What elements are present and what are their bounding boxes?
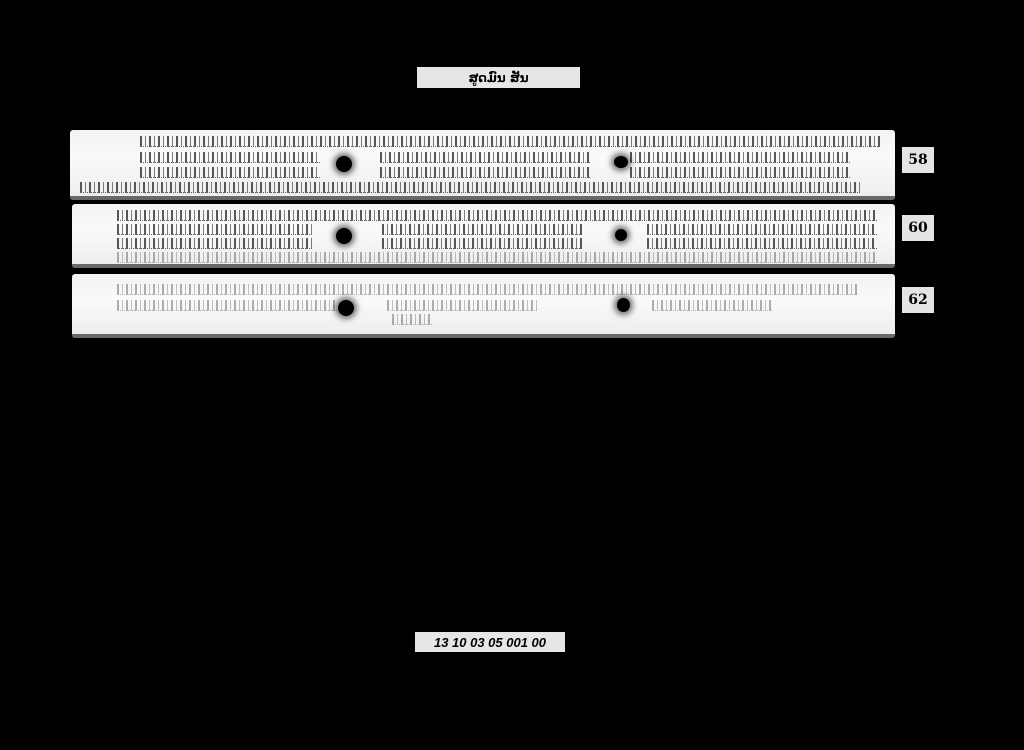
string-hole <box>336 228 352 244</box>
script-line <box>652 300 772 311</box>
script-line <box>117 210 877 221</box>
script-line <box>380 167 590 178</box>
document-id-label: 13 10 03 05 001 00 <box>415 632 565 652</box>
script-line <box>140 152 320 163</box>
string-hole <box>336 156 352 172</box>
string-hole <box>338 300 354 316</box>
script-line <box>117 300 337 311</box>
script-line <box>117 238 312 249</box>
script-line <box>392 314 432 325</box>
manuscript-title-label: ສູດມົນ ສັນ <box>417 67 580 88</box>
palm-leaf-page-62 <box>72 274 895 338</box>
script-line <box>387 300 537 311</box>
script-line <box>117 284 857 295</box>
script-line <box>382 224 582 235</box>
script-line <box>117 224 312 235</box>
script-line <box>630 152 850 163</box>
string-hole <box>615 229 627 241</box>
page-number-label: 62 <box>902 287 934 313</box>
script-line <box>380 152 590 163</box>
page-number-label: 60 <box>902 215 934 241</box>
script-line <box>140 136 880 147</box>
string-hole <box>614 156 628 168</box>
script-line <box>140 167 320 178</box>
page-number-label: 58 <box>902 147 934 173</box>
script-line <box>80 182 860 193</box>
palm-leaf-page-58 <box>70 130 895 200</box>
palm-leaf-page-60 <box>72 204 895 268</box>
script-line <box>647 224 877 235</box>
script-line <box>630 167 850 178</box>
script-line <box>647 238 877 249</box>
script-line <box>382 238 582 249</box>
string-hole <box>617 298 630 312</box>
script-line <box>117 252 877 263</box>
